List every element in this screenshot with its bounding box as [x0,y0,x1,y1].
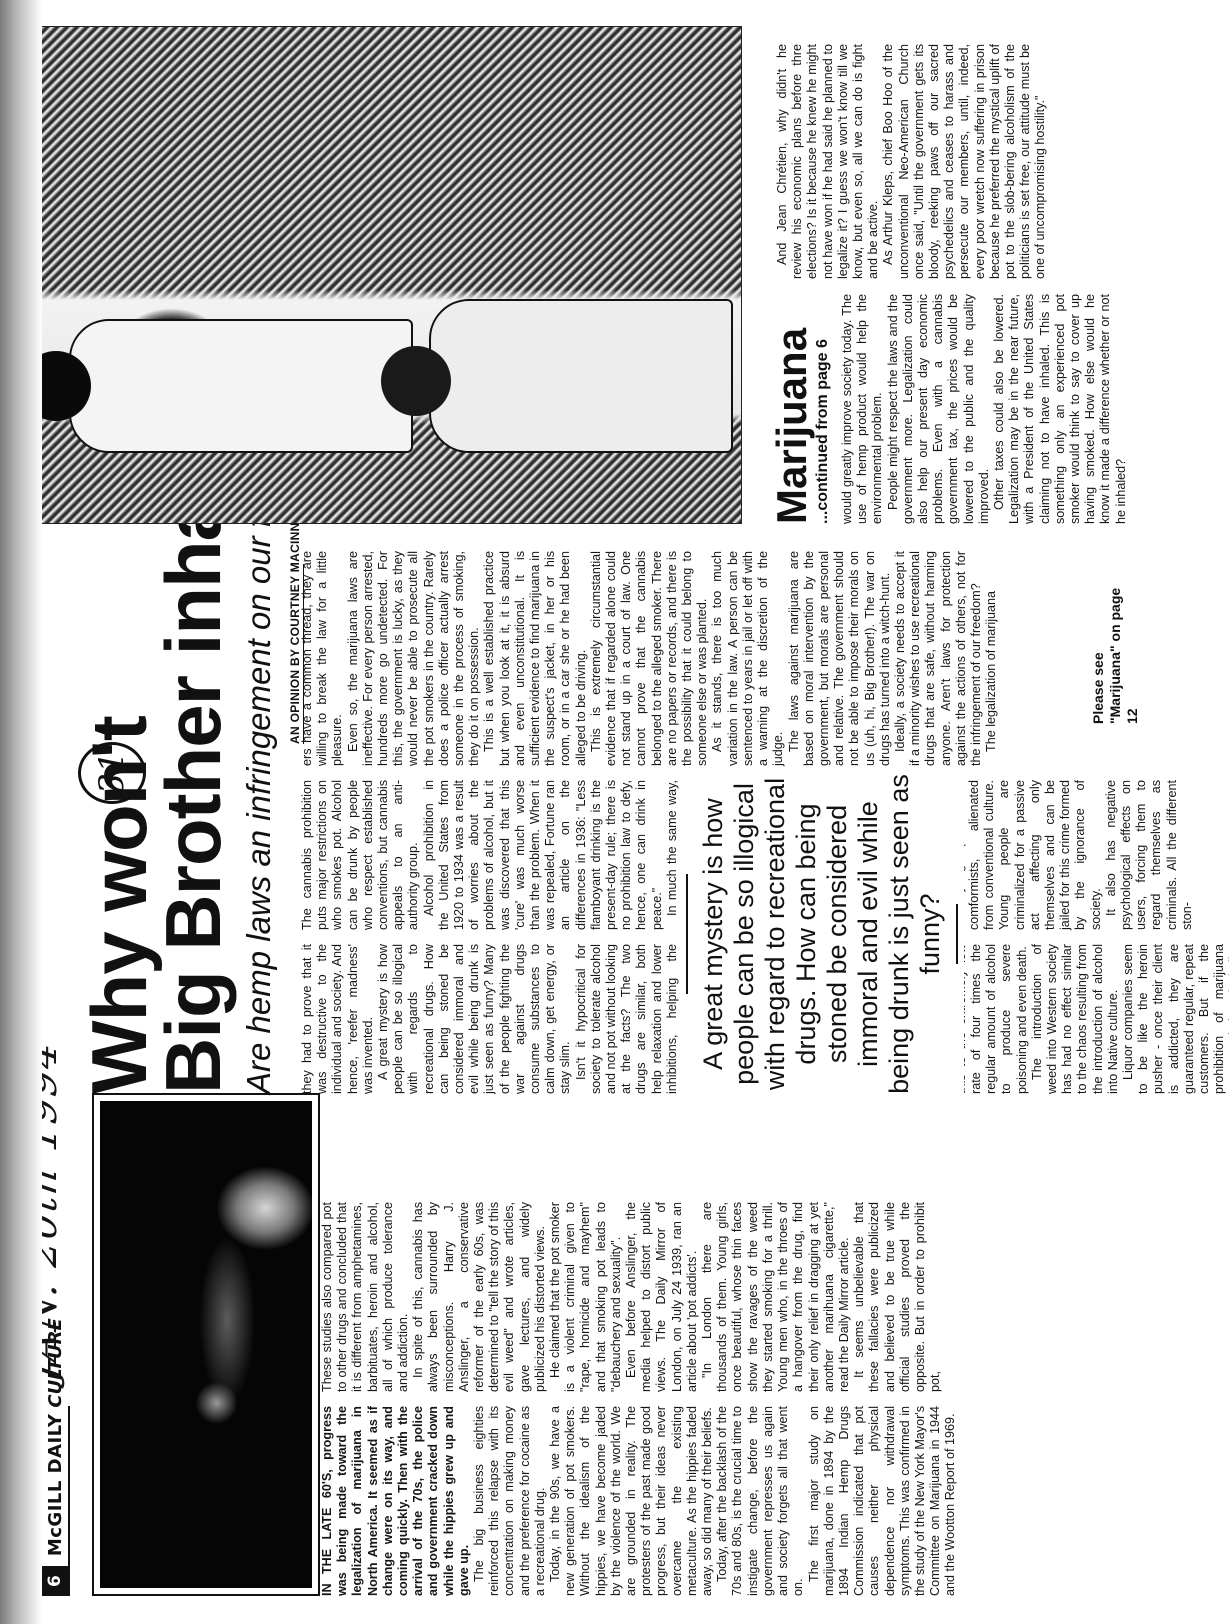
paragraph: These studies also compared pot to other… [320,1202,411,1392]
paragraph: Liquor companies seem to be like the her… [1121,944,1229,1094]
paragraph: Alcohol prohibition in the United States… [422,780,665,930]
left-photo [92,1093,320,1596]
circled-annotation: 31 [78,742,146,804]
page-number: 6 [42,1566,68,1596]
paragraph: It seems unbelievable that these fallaci… [852,1202,943,1392]
paragraph: And Jean Chrétien, why didn't he review … [775,44,881,279]
paragraph: As it stands, there is too much variatio… [710,551,786,766]
paragraph: A great mystery is how people can be so … [376,944,574,1094]
smoker-photo-image [100,1101,312,1588]
continued-column-1: would greatly improve society today. The… [840,294,1129,524]
continuation-note: Please see "Marijuana" on page 12 [1090,574,1141,724]
paragraph: Ideally, a society needs to accept it if… [893,551,984,766]
pull-quote-text: A great mystery is how people can be so … [698,774,946,1094]
figure-head [381,346,451,416]
masthead-rule [68,1406,70,1596]
pull-quote: A great mystery is how people can be so … [680,774,964,1094]
paragraph: Even so, the marijuana laws are ineffect… [346,551,483,766]
paragraph: Even before Anslinger, the media helped … [624,1202,700,1392]
paragraph: This is extremely circumstantial evidenc… [589,551,711,766]
paragraph: It also has negative psychological effec… [1104,780,1195,930]
paragraph: Today, in the 90s, we have a new generat… [548,1406,715,1596]
paragraph: Other taxes could also be lowered. Legal… [992,294,1129,524]
scan-binding-shadow [0,0,42,1624]
right-photo [28,26,742,524]
figure-person-1 [69,319,413,453]
paragraph: they had to prove that it was destructiv… [300,944,376,1094]
paragraph: The legalization of marijuana [984,551,999,766]
paragraph: People might respect the laws and the go… [886,294,992,524]
continued-subtitle: ...continued from page 6 [814,339,832,524]
paragraph: The laws against marijuana are based on … [787,551,893,766]
paragraph: Isn't it hypocritical for society to tol… [574,944,696,1094]
pull-quote-rule-top [686,874,688,994]
paper-name: McGILL DAILY [45,1414,66,1557]
paragraph: would greatly improve society today. The… [840,294,886,524]
paragraph: IN THE LATE 60'S, progress was being mad… [320,1406,472,1596]
paragraph: The cannabis prohibition puts major rest… [300,780,422,930]
paragraph: The introduction of weed into Western so… [1030,944,1121,1094]
paragraph: He claimed that the pot smoker is a viol… [548,1202,624,1392]
paragraph: This is a well established practice but … [482,551,588,766]
continued-title: Marijuana [770,328,814,524]
paragraph: As Arthur Kleps, chief Boo Hoo of the un… [881,44,1048,279]
paragraph: Today, after the backlash of the 70s and… [715,1406,806,1596]
article-column-1: IN THE LATE 60'S, progress was being mad… [320,1406,959,1596]
paragraph: The big business eighties reinforced thi… [472,1406,548,1596]
article-column-2: These studies also compared pot to other… [320,1202,943,1392]
pull-quote-rule-bottom [956,904,958,964]
newspaper-page: 6 McGILL DAILY CULTURE JAN. 20th 1994 Wh… [0,0,1229,1624]
paragraph: The first major study on marijuana, done… [807,1406,959,1596]
paragraph: In spite of this, cannabis has always be… [411,1202,548,1392]
continued-column-2: And Jean Chrétien, why didn't he review … [775,44,1049,279]
paragraph: ers have a common thread, they are willi… [300,551,346,766]
paragraph: "In London there are thousands of them. … [700,1202,852,1392]
article-column-5: ers have a common thread, they are willi… [300,551,999,766]
figure-person-2 [429,299,733,453]
